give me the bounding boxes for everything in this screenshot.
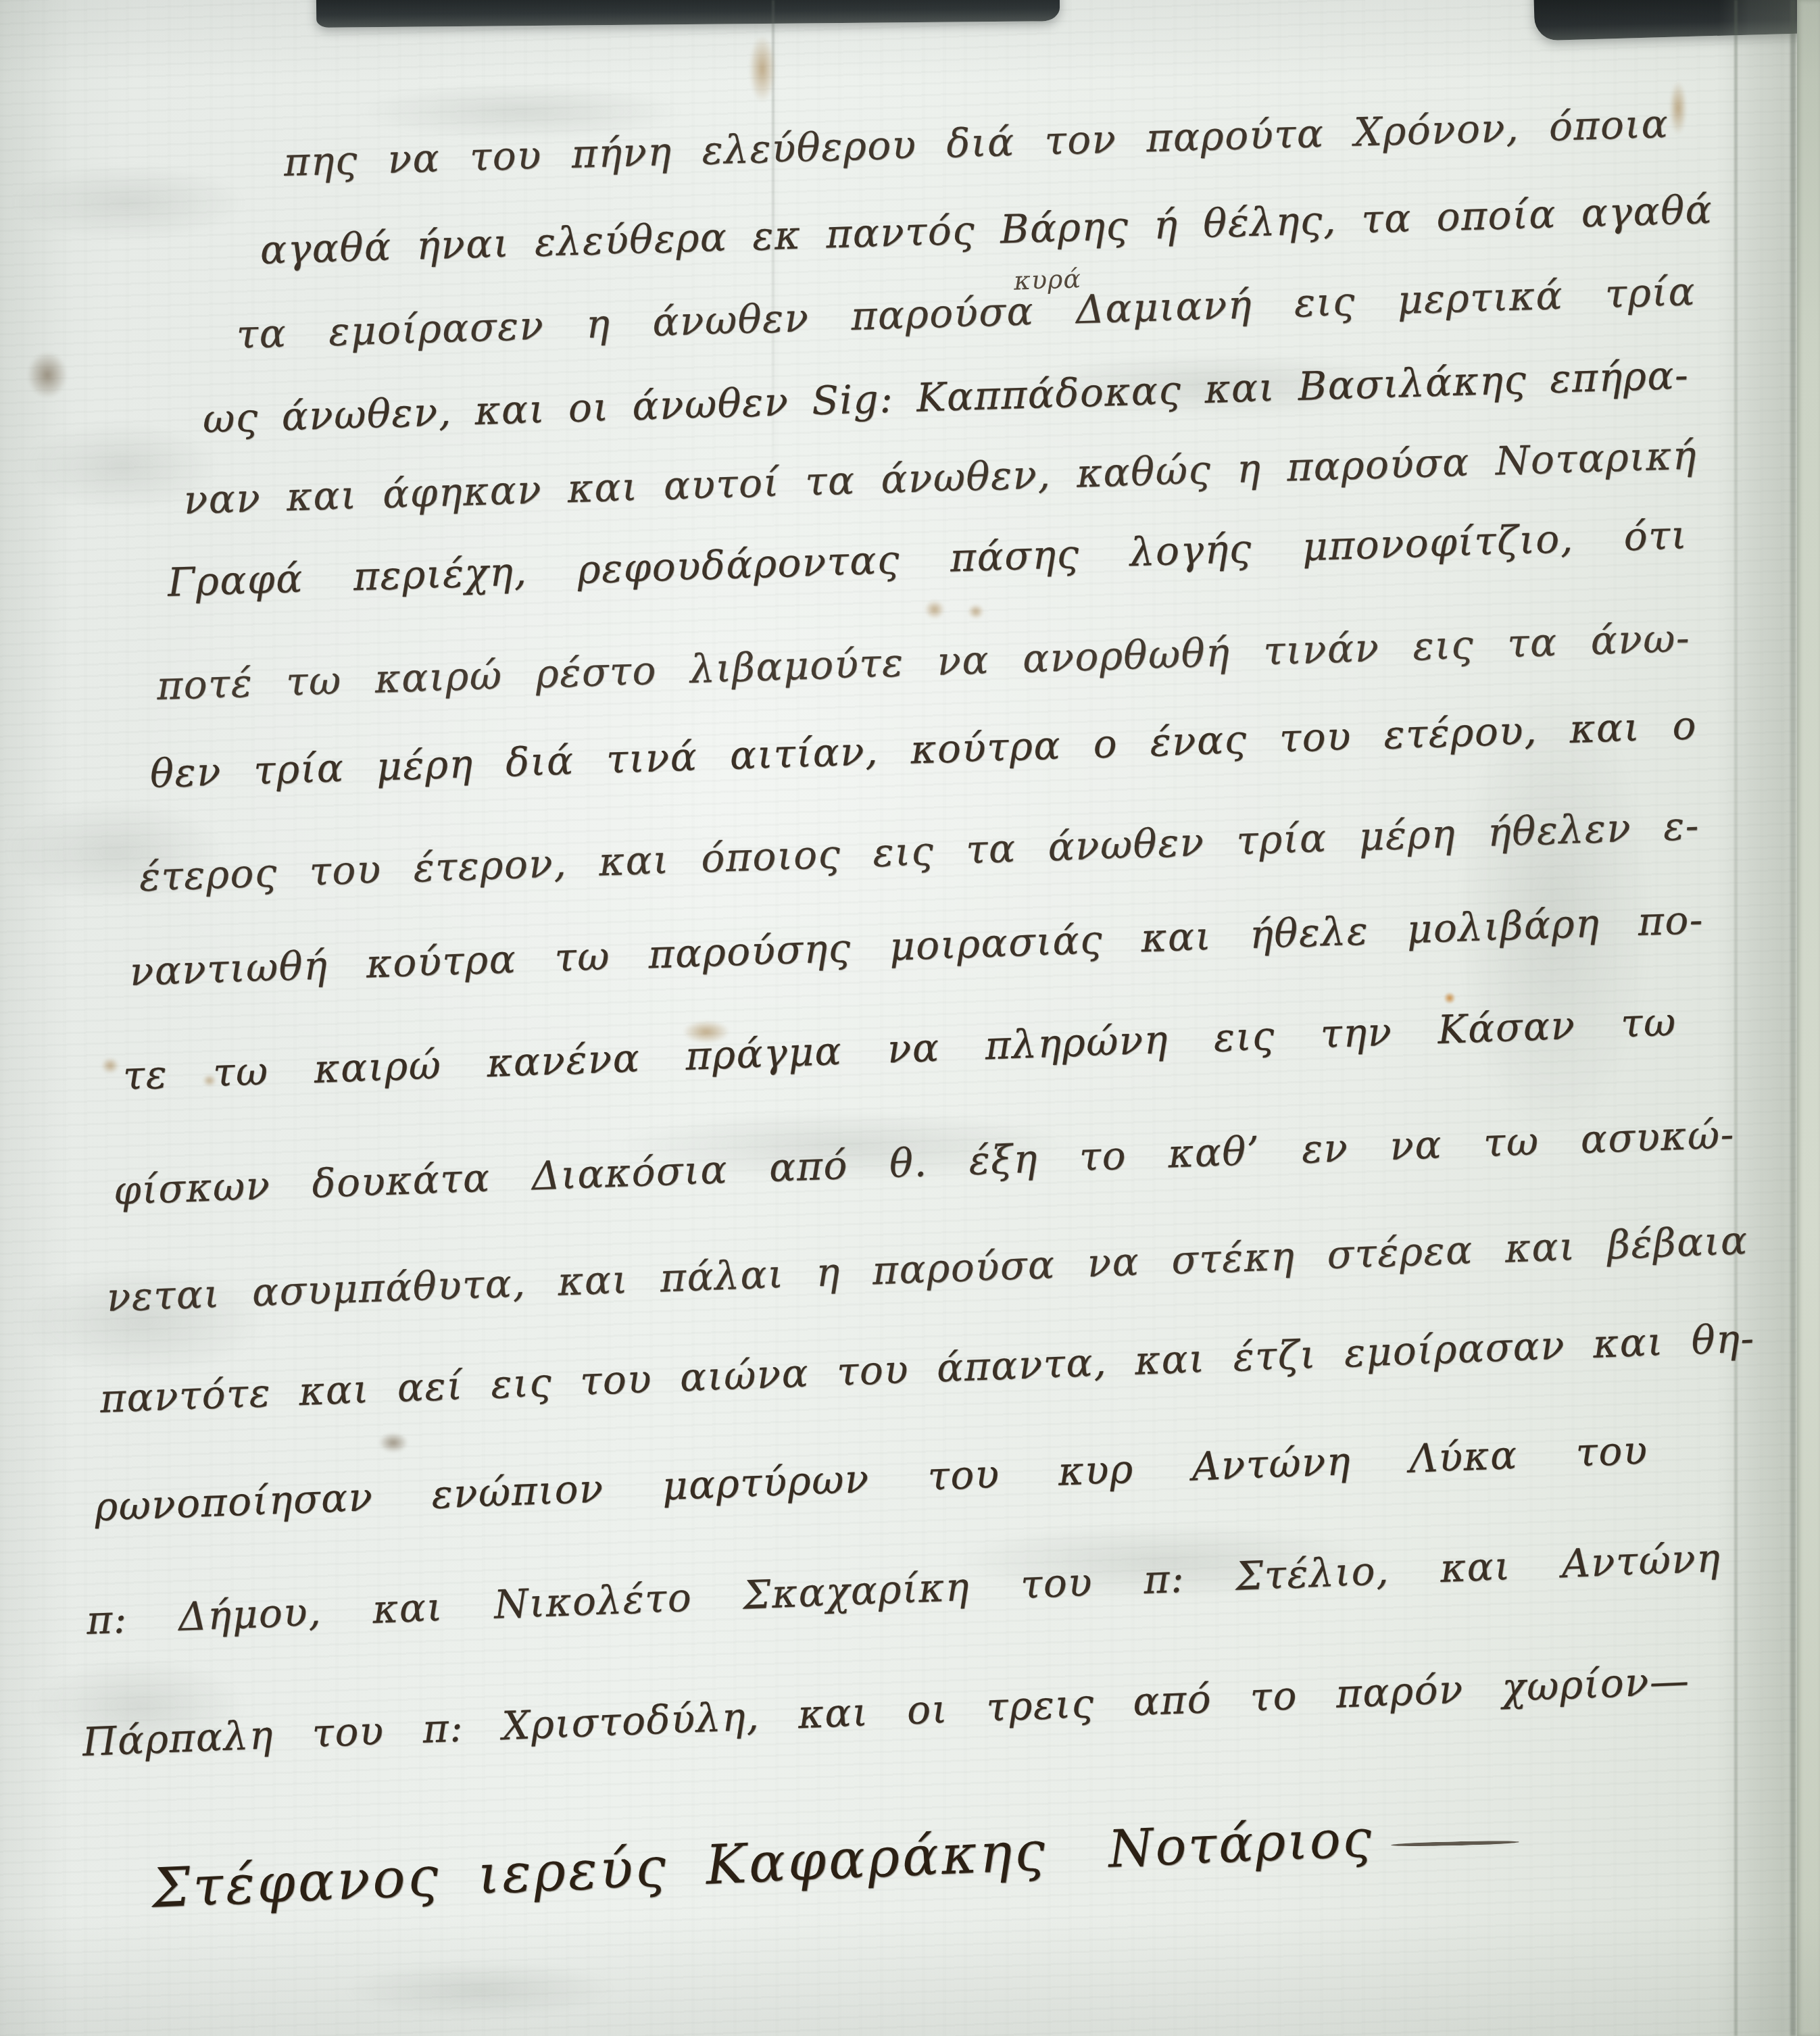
manuscript-line: φίσκων δουκάτα Διακόσια από θ. έξη το κα…	[113, 1107, 1736, 1218]
signature-name: Στέφανος ιερεύς Καφαράκης	[151, 1820, 1049, 1920]
showthrough-smudge	[7, 162, 250, 243]
manuscript-line: αγαθά ήναι ελεύθερα εκ παντός Βάρης ή θέ…	[260, 182, 1713, 277]
manuscript-line: τα εμοίρασεν η άνωθεν παρούσα Δαμιανή ει…	[236, 264, 1696, 362]
stain	[101, 1058, 119, 1074]
manuscript-line: παντότε και αεί εις του αιώνα του άπαντα…	[99, 1311, 1756, 1426]
manuscript-line: ναν και άφηκαν και αυτοί τα άνωθεν, καθώ…	[183, 428, 1698, 527]
manuscript-page: πης να του πήνη ελεύθερου διά τον παρούτ…	[0, 0, 1820, 2036]
manuscript-line: ποτέ τω καιρώ ρέστο λιβαμούτε να ανορθωθ…	[156, 611, 1691, 713]
interlinear-note: κυρά	[1013, 264, 1082, 295]
binding-edge-top	[316, 0, 1060, 28]
manuscript-line: ως άνωθεν, και οι άνωθεν Sig: Καππάδοκας…	[202, 348, 1690, 446]
stain	[968, 604, 984, 619]
stain	[925, 600, 945, 619]
signature-flourish	[1391, 1840, 1519, 1847]
manuscript-line: θεν τρία μέρη διά τινά αιτίαν, κούτρα ο …	[149, 698, 1698, 801]
stain	[378, 1433, 408, 1453]
manuscript-line: Πάρπαλη του π: Χριστοδύλη, και οι τρεις …	[81, 1654, 1690, 1769]
manuscript-line: έτερος του έτερον, και όποιος εις τα άνω…	[139, 798, 1700, 904]
manuscript-line: νεται ασυμπάθυτα, και πάλαι η παρούσα να…	[106, 1213, 1749, 1324]
stain	[27, 351, 68, 399]
gutter-seam-line	[1790, 0, 1796, 2036]
manuscript-line: τε τω καιρώ κανένα πράγμα να πληρώνη εις…	[122, 995, 1677, 1103]
manuscript-line: π: Δήμου, και Νικολέτο Σκαχαρίκη του π: …	[85, 1531, 1721, 1647]
stain	[1669, 81, 1687, 135]
showthrough-smudge	[338, 1960, 622, 2020]
manuscript-line: Γραφά περιέχη, ρεφουδάροντας πάσης λογής…	[167, 507, 1688, 610]
manuscript-line: ρωνοποίησαν ενώπιον μαρτύρων του κυρ Αντ…	[94, 1423, 1649, 1534]
gutter-seam-line	[1734, 0, 1738, 2036]
fold-crease	[772, 0, 774, 527]
manuscript-line: ναντιωθή κούτρα τω παρούσης μοιρασιάς κα…	[129, 893, 1704, 999]
notary-signature: Στέφανος ιερεύς Καφαράκης Νοτάριος	[151, 1799, 1521, 1920]
manuscript-line: πης να του πήνη ελεύθερου διά τον παρούτ…	[283, 97, 1669, 189]
signature-title: Νοτάριος	[1107, 1808, 1375, 1879]
adjacent-page-edge	[1797, 0, 1820, 2036]
